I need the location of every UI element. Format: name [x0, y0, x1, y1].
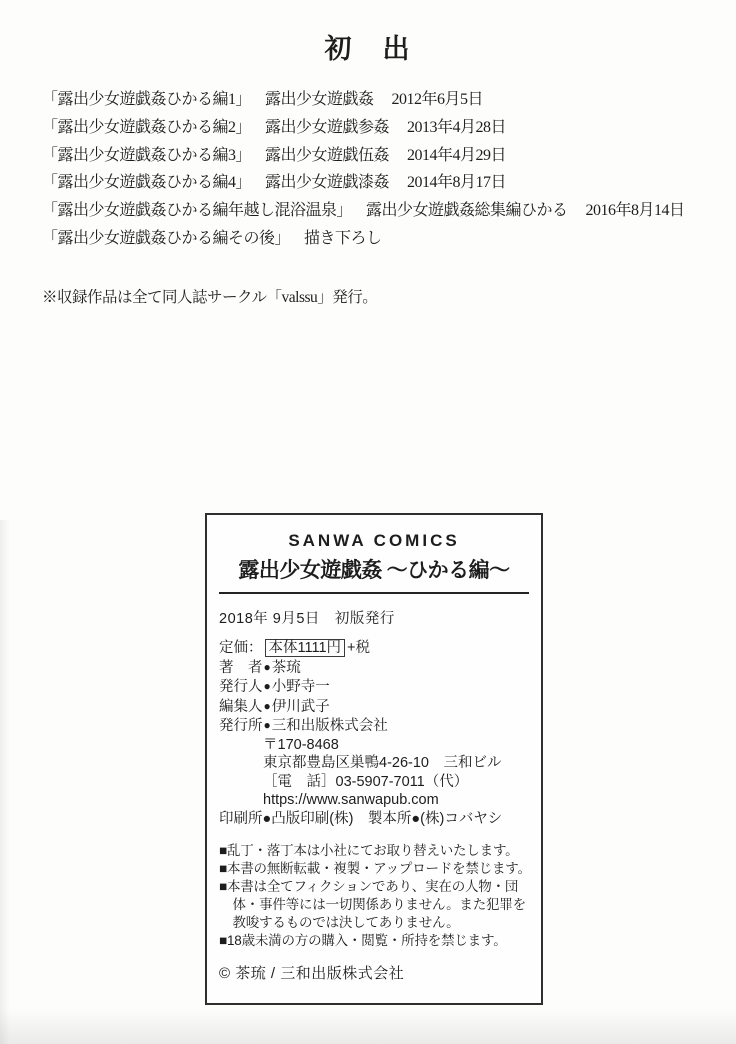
credit-row-editor: 編集人●伊川武子 — [219, 697, 531, 717]
price-label: 定価： — [219, 640, 263, 656]
edition-line: 2018年 9月5日 初版発行 — [219, 607, 529, 628]
bullet-separator: ● — [264, 660, 271, 674]
publication-entry: 「露出少女遊戯姦ひかる編4」露出少女遊戯漆姦2014年8月17日 — [42, 169, 685, 197]
legal-notices: ■乱丁・落丁本は小社にてお取り替えいたします。 ■本書の無断転載・複製・アップロ… — [219, 842, 533, 950]
source-publication: 露出少女遊戯漆姦 — [265, 174, 389, 191]
bullet-separator: ● — [264, 718, 271, 732]
credit-label: 発行所 — [219, 718, 263, 734]
credit-value: 茶琉 — [272, 660, 301, 676]
publication-entry: 「露出少女遊戯姦ひかる編年越し混浴温泉」露出少女遊戯姦総集編ひかる2016年8月… — [42, 197, 685, 225]
price-suffix: +税 — [347, 640, 370, 656]
credit-label: 編集人 — [219, 699, 263, 715]
credit-label: 著 者 — [219, 660, 263, 676]
notice-item: ■本書は全てフィクションであり、実在の人物・団体・事件等には一切関係ありません。… — [219, 878, 533, 932]
publication-date: 2012年6月5日 — [392, 91, 484, 108]
work-title: 「露出少女遊戯姦ひかる編3」 — [42, 147, 251, 164]
page-left-shade — [0, 520, 10, 1044]
credit-value: 三和出版株式会社 — [272, 718, 388, 734]
page-bottom-shade — [0, 1008, 736, 1044]
imprint-label: SANWA COMICS — [207, 531, 541, 551]
publication-entry: 「露出少女遊戯姦ひかる編2」露出少女遊戯参姦2013年4月28日 — [42, 114, 685, 142]
publication-list: 「露出少女遊戯姦ひかる編1」露出少女遊戯姦2012年6月5日 「露出少女遊戯姦ひ… — [42, 86, 685, 253]
source-publication: 露出少女遊戯伍姦 — [265, 147, 389, 164]
publication-entry: 「露出少女遊戯姦ひかる編その後」描き下ろし — [42, 225, 685, 253]
colophon-page: 初 出 「露出少女遊戯姦ひかる編1」露出少女遊戯姦2012年6月5日 「露出少女… — [0, 0, 736, 1044]
notice-item: ■本書の無断転載・複製・アップロードを禁じます。 — [219, 860, 533, 878]
price-box: 本体1111円 — [265, 639, 346, 657]
publication-date: 2016年8月14日 — [586, 202, 685, 219]
publication-date: 2013年4月28日 — [407, 119, 506, 136]
credit-value: 伊川武子 — [272, 699, 330, 715]
credit-row-author: 著 者●茶琉 — [219, 658, 531, 678]
page-title: 初 出 — [0, 27, 736, 66]
address-street: 東京都豊島区巣鴨4-26-10 三和ビル — [219, 754, 531, 773]
credit-row-publishing-house: 発行所●三和出版株式会社 — [219, 716, 531, 736]
work-title: 「露出少女遊戯姦ひかる編その後」 — [42, 230, 290, 247]
book-title: 露出少女遊戯姦 ～ひかる編～ — [219, 554, 529, 594]
address-phone: ［電 話］03-5907-7011（代） — [219, 773, 531, 792]
notice-item: ■乱丁・落丁本は小社にてお取り替えいたします。 — [219, 842, 533, 860]
source-publication: 露出少女遊戯姦 — [265, 91, 374, 108]
credit-value: 小野寺一 — [272, 679, 330, 695]
notice-item: ■18歳未満の方の購入・閲覧・所持を禁じます。 — [219, 932, 533, 950]
publication-entry: 「露出少女遊戯姦ひかる編1」露出少女遊戯姦2012年6月5日 — [42, 86, 685, 114]
work-title: 「露出少女遊戯姦ひかる編年越し混浴温泉」 — [42, 202, 352, 219]
bullet-separator: ● — [264, 699, 271, 713]
work-title: 「露出少女遊戯姦ひかる編1」 — [42, 91, 251, 108]
work-title: 「露出少女遊戯姦ひかる編4」 — [42, 174, 251, 191]
circle-note: ※収録作品は全て同人誌サークル「valssu」発行。 — [42, 285, 377, 307]
copyright-line: © 茶琉 / 三和出版株式会社 — [219, 962, 529, 983]
credit-row-publisher-person: 発行人●小野寺一 — [219, 677, 531, 697]
source-publication: 露出少女遊戯姦総集編ひかる — [366, 202, 568, 219]
printing-line: 印刷所●凸版印刷(株) 製本所●(株)コバヤシ — [219, 810, 531, 829]
bullet-separator: ● — [264, 679, 271, 693]
source-publication: 露出少女遊戯参姦 — [265, 119, 389, 136]
colophon-box: SANWA COMICS 露出少女遊戯姦 ～ひかる編～ 2018年 9月5日 初… — [205, 513, 543, 1005]
source-publication: 描き下ろし — [304, 230, 382, 247]
publication-entry: 「露出少女遊戯姦ひかる編3」露出少女遊戯伍姦2014年4月29日 — [42, 142, 685, 170]
publication-date: 2014年8月17日 — [407, 174, 506, 191]
work-title: 「露出少女遊戯姦ひかる編2」 — [42, 119, 251, 136]
address-postal-code: 〒170-8468 — [219, 736, 531, 755]
credit-label: 発行人 — [219, 679, 263, 695]
imprint-details: 定価：本体1111円+税 著 者●茶琉 発行人●小野寺一 編集人●伊川武子 発行… — [219, 639, 531, 828]
publication-date: 2014年4月29日 — [407, 147, 506, 164]
price-row: 定価：本体1111円+税 — [219, 639, 531, 658]
publisher-url: https://www.sanwapub.com — [219, 791, 531, 810]
